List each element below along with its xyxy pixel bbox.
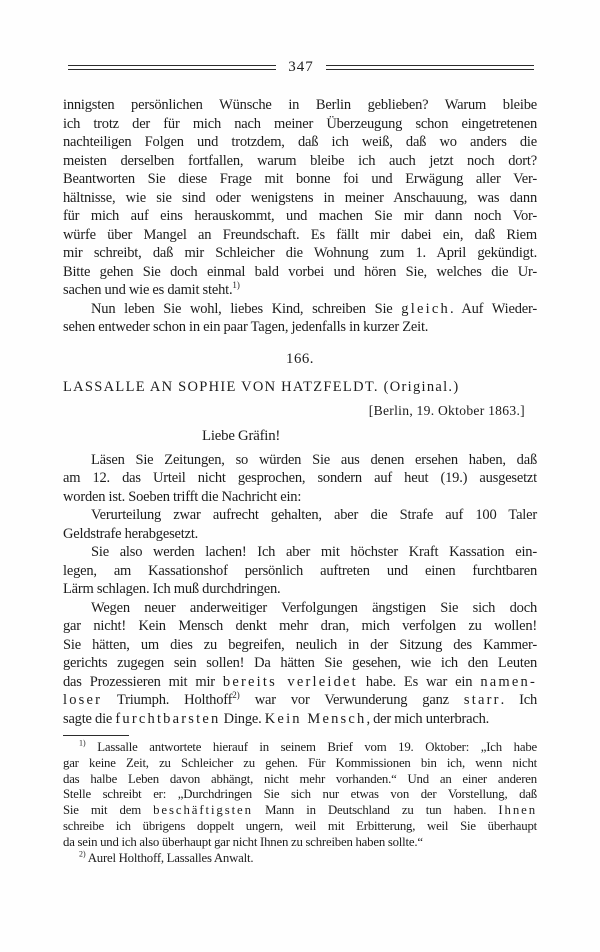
text-line: loser Triumph. Holthoff2) war vor Verwun… [63, 691, 537, 710]
footnote-marker: 2) [79, 849, 86, 858]
text-line: Geldstrafe herabgesetzt. [63, 525, 537, 544]
text-line: Wegen neuer anderweitiger Verfolgungen ä… [63, 599, 537, 618]
text-line: 2) Aurel Holthoff, Lassalles Anwalt. [63, 851, 537, 867]
text-line: sehen entweder schon in ein paar Tagen, … [63, 318, 537, 337]
text-line: am 12. das Urteil nicht gesprochen, sond… [63, 469, 537, 488]
header-rule-right [326, 65, 534, 70]
text-line: Verurteilung zwar aufrecht gehalten, abe… [63, 506, 537, 525]
text-line: Sie hätten, um dies zu begreifen, neulic… [63, 636, 537, 655]
text-line: Läsen Sie Zeitungen, so würden Sie aus d… [63, 451, 537, 470]
letter-dateline: [Berlin, 19. Oktober 1863.] [63, 402, 537, 421]
text-line: würfe über Mangel an Freundschaft. Es fä… [63, 226, 537, 245]
letter-paragraph-3: Sie also werden lachen! Ich aber mit höc… [63, 543, 537, 599]
text-line: schreibe ich übrigens doppelt ungern, we… [63, 819, 537, 835]
text-line: legen, am Kassationshof persönlich auftr… [63, 562, 537, 581]
page-header: 347 [68, 58, 534, 76]
text-line: das halbe Leben davon abhängt, nicht meh… [63, 772, 537, 788]
letter-paragraph-2: Verurteilung zwar aufrecht gehalten, abe… [63, 506, 537, 543]
page-number: 347 [288, 59, 314, 76]
text-line: Sie also werden lachen! Ich aber mit höc… [63, 543, 537, 562]
letter-heading: LASSALLE AN SOPHIE VON HATZFELDT. (Origi… [63, 378, 537, 397]
letter-body: Läsen Sie Zeitungen, so würden Sie aus d… [63, 451, 537, 729]
text-line: Sie mit dem beschäftigsten Mann in Deuts… [63, 803, 537, 819]
text-line: sagte die furchtbarsten Dinge. Kein Mens… [63, 710, 537, 729]
letter-salutation: Liebe Gräfin! [63, 427, 537, 446]
text-line: innigsten persönlichen Wünsche in Berlin… [63, 96, 537, 115]
text-line: 1) Lassalle antwortete hierauf in seinem… [63, 740, 537, 756]
text-line: das Prozessieren mit mir bereits verleid… [63, 673, 537, 692]
text-line: nachteiligen Folgen und trotzdem, daß ic… [63, 133, 537, 152]
footnote-marker: 1) [232, 280, 239, 290]
text-line: worden ist. Soeben trifft die Nachricht … [63, 488, 537, 507]
letter-number: 166. [63, 350, 537, 369]
text-line: Lärm schlagen. Ich muß durchdringen. [63, 580, 537, 599]
letter-paragraph-1: Läsen Sie Zeitungen, so würden Sie aus d… [63, 451, 537, 507]
text-line: Stelle schreibt er: „Durchdringen Sie si… [63, 787, 537, 803]
footnote-1: 1) Lassalle antwortete hierauf in seinem… [63, 740, 537, 851]
header-rule-left [68, 65, 276, 70]
text-line: mir schreibt, daß mir Schleicher die Woh… [63, 244, 537, 263]
text-line: sachen und wie es damit steht.1) [63, 281, 537, 300]
paragraph-closing: Nun leben Sie wohl, liebes Kind, schreib… [63, 300, 537, 337]
text-line: meisten derselben fortfallen, warum blei… [63, 152, 537, 171]
text-line: gar keine Zeit, zu Schleicher zu gehen. … [63, 756, 537, 772]
text-line: für mich auf eins herauskommt, und mache… [63, 207, 537, 226]
text-line: da sein und ich also überhaupt gar nicht… [63, 835, 537, 851]
footnote-separator [63, 735, 129, 736]
book-page: 347 innigsten persönlichen Wünsche in Be… [0, 0, 600, 952]
text-column: innigsten persönlichen Wünsche in Berlin… [63, 96, 537, 866]
footnote-2: 2) Aurel Holthoff, Lassalles Anwalt. [63, 851, 537, 867]
footnotes: 1) Lassalle antwortete hierauf in seinem… [63, 740, 537, 866]
text-line: gar nicht! Kein Mensch denkt mehr dran, … [63, 617, 537, 636]
text-line: Beantworten Sie diese Frage mit bonne fo… [63, 170, 537, 189]
footnote-marker: 2) [232, 690, 239, 700]
text-line: hältnisse, wie sie sind oder wenigstens … [63, 189, 537, 208]
text-line: Bitte gehen Sie doch einmal bald vorbei … [63, 263, 537, 282]
text-line: ich trotz der für mich nach meiner Überz… [63, 115, 537, 134]
text-line: gerichts zugegen sein sollen! Da hätten … [63, 654, 537, 673]
paragraph-continuation: innigsten persönlichen Wünsche in Berlin… [63, 96, 537, 300]
text-line: Nun leben Sie wohl, liebes Kind, schreib… [63, 300, 537, 319]
letter-paragraph-4: Wegen neuer anderweitiger Verfolgungen ä… [63, 599, 537, 729]
footnote-marker: 1) [79, 739, 86, 748]
